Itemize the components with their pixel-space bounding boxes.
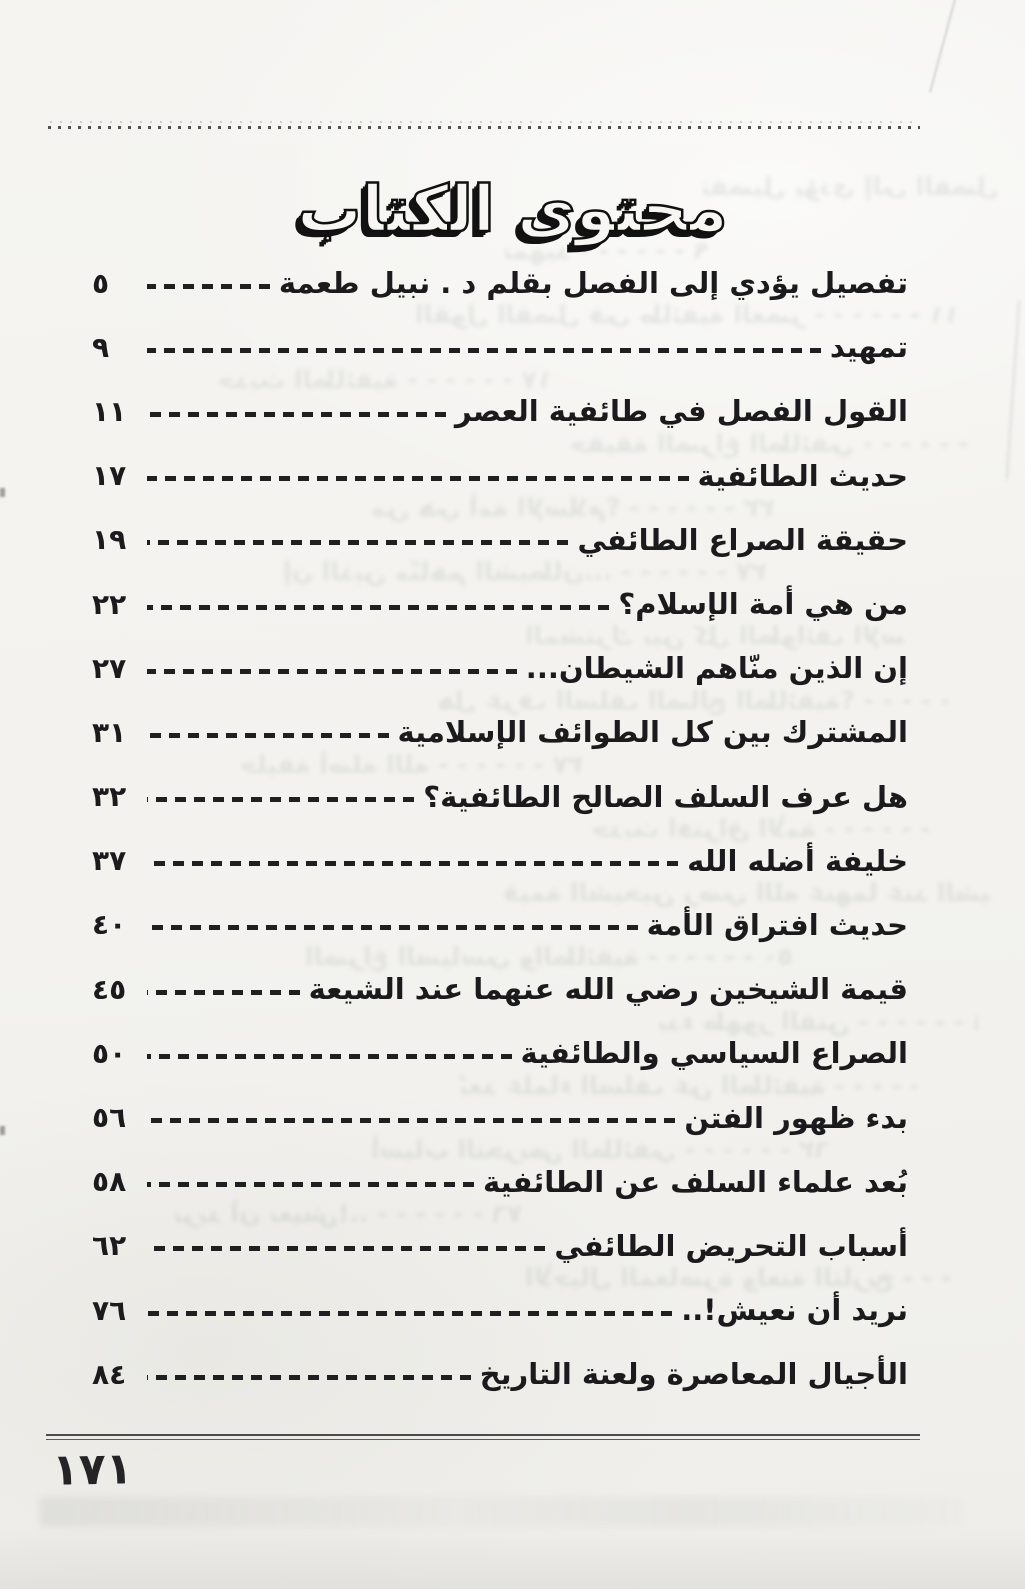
toc-entry: بُعد علماء السلف عن الطائفية ٥٨ (92, 1150, 908, 1214)
toc-entry: إن الذين منّاهم الشيطان... ٢٧ (92, 636, 908, 700)
toc-entry-title: بدء ظهور الفتن (684, 1101, 908, 1135)
toc-entry-page-number: ٥٨ (92, 1165, 138, 1198)
toc-entry-page-number: ٢٧ (92, 652, 138, 685)
dash-leader (147, 540, 568, 545)
toc-entry: بدء ظهور الفتن ٥٦ (92, 1085, 908, 1149)
toc-entry: أسباب التحريض الطائفي ٦٢ (92, 1214, 908, 1278)
toc-entry: المشترك بين كل الطوائف الإسلامية ٣١ (92, 700, 908, 764)
toc-entry-title: حديث الطائفية (698, 459, 909, 493)
toc-entry-page-number: ٥٠ (92, 1037, 138, 1070)
dash-leader (147, 1182, 474, 1187)
dash-leader (147, 861, 678, 866)
toc-entry-title: المشترك بين كل الطوائف الإسلامية (398, 715, 908, 749)
toc-entry-page-number: ١٩ (92, 523, 138, 556)
toc-entry-title: تمهيد (830, 330, 908, 364)
toc-entry: حقيقة الصراع الطائفي ١٩ (92, 508, 908, 572)
toc-entry: نريد أن نعيش!.. ٧٦ (92, 1278, 908, 1342)
paper-crease (929, 0, 957, 93)
scanned-page: تفصيل يؤدي إلى الفصل بقلم د . نبيل طعمة … (0, 0, 1025, 1589)
toc-entry-page-number: ٩ (92, 331, 138, 364)
toc-entry: الصراع السياسي والطائفية ٥٠ (92, 1021, 908, 1085)
dash-leader (147, 1118, 675, 1123)
dash-leader (147, 605, 609, 610)
toc-entry-title: حديث افتراق الأمة (647, 908, 908, 942)
toc-entry-page-number: ٢٢ (92, 588, 138, 621)
bottom-double-rule (46, 1434, 920, 1440)
toc-entry: تمهيد ٩ (92, 315, 908, 379)
toc-entry-page-number: ٣٢ (92, 780, 138, 813)
top-dotted-divider (48, 126, 920, 129)
toc-entry: هل عرف السلف الصالح الطائفية؟ ٣٢ (92, 765, 908, 829)
scan-smudge (40, 1497, 965, 1527)
toc-entry-page-number: ٧٦ (92, 1294, 138, 1327)
scan-speck (0, 1126, 5, 1135)
title-block: محتوى الكتاب (0, 178, 1025, 242)
toc-entry-page-number: ٨٤ (92, 1358, 138, 1391)
toc-entry-page-number: ٥ (92, 267, 138, 300)
toc-entry-page-number: ١١ (92, 395, 138, 428)
toc-entry-title: هل عرف السلف الصالح الطائفية؟ (423, 780, 908, 814)
dash-leader (147, 1246, 545, 1251)
toc-entry-title: القول الفصل في طائفية العصر (455, 394, 908, 428)
toc-entry: من هي أمة الإسلام؟ ٢٢ (92, 572, 908, 636)
toc-entry-page-number: ٤٠ (92, 908, 138, 941)
toc-entry-page-number: ٣٧ (92, 844, 138, 877)
toc-entry: حديث الطائفية ١٧ (92, 444, 908, 508)
dash-leader (147, 1054, 512, 1059)
toc-entry-title: تفصيل يؤدي إلى الفصل بقلم د . نبيل طعمة (279, 266, 908, 300)
toc-entry: تفصيل يؤدي إلى الفصل بقلم د . نبيل طعمة … (92, 251, 908, 315)
toc-entry-title: خليفة أضله الله (687, 844, 908, 878)
toc-entry-title: نريد أن نعيش!.. (681, 1293, 908, 1327)
dash-leader (147, 733, 389, 738)
top-dotted-divider-faint (50, 121, 918, 123)
dash-leader (147, 1311, 672, 1316)
toc-entry-title: قيمة الشيخين رضي الله عنهما عند الشيعة (309, 972, 908, 1006)
toc-entry-title: إن الذين منّاهم الشيطان... (526, 651, 908, 685)
toc-entry: حديث افتراق الأمة ٤٠ (92, 893, 908, 957)
paper-crease (1006, 300, 1021, 480)
toc-entry-page-number: ٣١ (92, 716, 138, 749)
dash-leader (147, 1375, 471, 1380)
toc-entry-page-number: ٤٥ (92, 973, 138, 1006)
toc-entry-title: أسباب التحريض الطائفي (554, 1229, 908, 1263)
toc-entry-title: حقيقة الصراع الطائفي (577, 523, 908, 557)
dash-leader (147, 990, 300, 995)
toc-entry-page-number: ٥٦ (92, 1101, 138, 1134)
toc-entry-title: من هي أمة الإسلام؟ (618, 587, 908, 621)
toc-entry-page-number: ٦٢ (92, 1229, 138, 1262)
toc-entry: قيمة الشيخين رضي الله عنهما عند الشيعة ٤… (92, 957, 908, 1021)
toc-entry: القول الفصل في طائفية العصر ١١ (92, 379, 908, 443)
dash-leader (147, 476, 689, 481)
toc-list: تفصيل يؤدي إلى الفصل بقلم د . نبيل طعمة … (92, 251, 908, 1406)
dash-leader (147, 348, 821, 353)
scan-speck (0, 488, 5, 497)
dash-leader (147, 669, 517, 674)
toc-entry-title: الأجيال المعاصرة ولعنة التاريخ (480, 1357, 908, 1391)
toc-entry-title: الصراع السياسي والطائفية (521, 1036, 909, 1070)
book-contents-title: محتوى الكتاب (297, 178, 728, 242)
dash-leader (147, 284, 270, 289)
toc-entry-page-number: ١٧ (92, 459, 138, 492)
dash-leader (147, 412, 446, 417)
folio-page-number: ١٧١ (52, 1443, 133, 1495)
dash-leader (147, 925, 638, 930)
toc-entry: الأجيال المعاصرة ولعنة التاريخ ٨٤ (92, 1342, 908, 1406)
toc-entry-title: بُعد علماء السلف عن الطائفية (483, 1165, 908, 1199)
toc-entry: خليفة أضله الله ٣٧ (92, 829, 908, 893)
dash-leader (147, 797, 414, 802)
